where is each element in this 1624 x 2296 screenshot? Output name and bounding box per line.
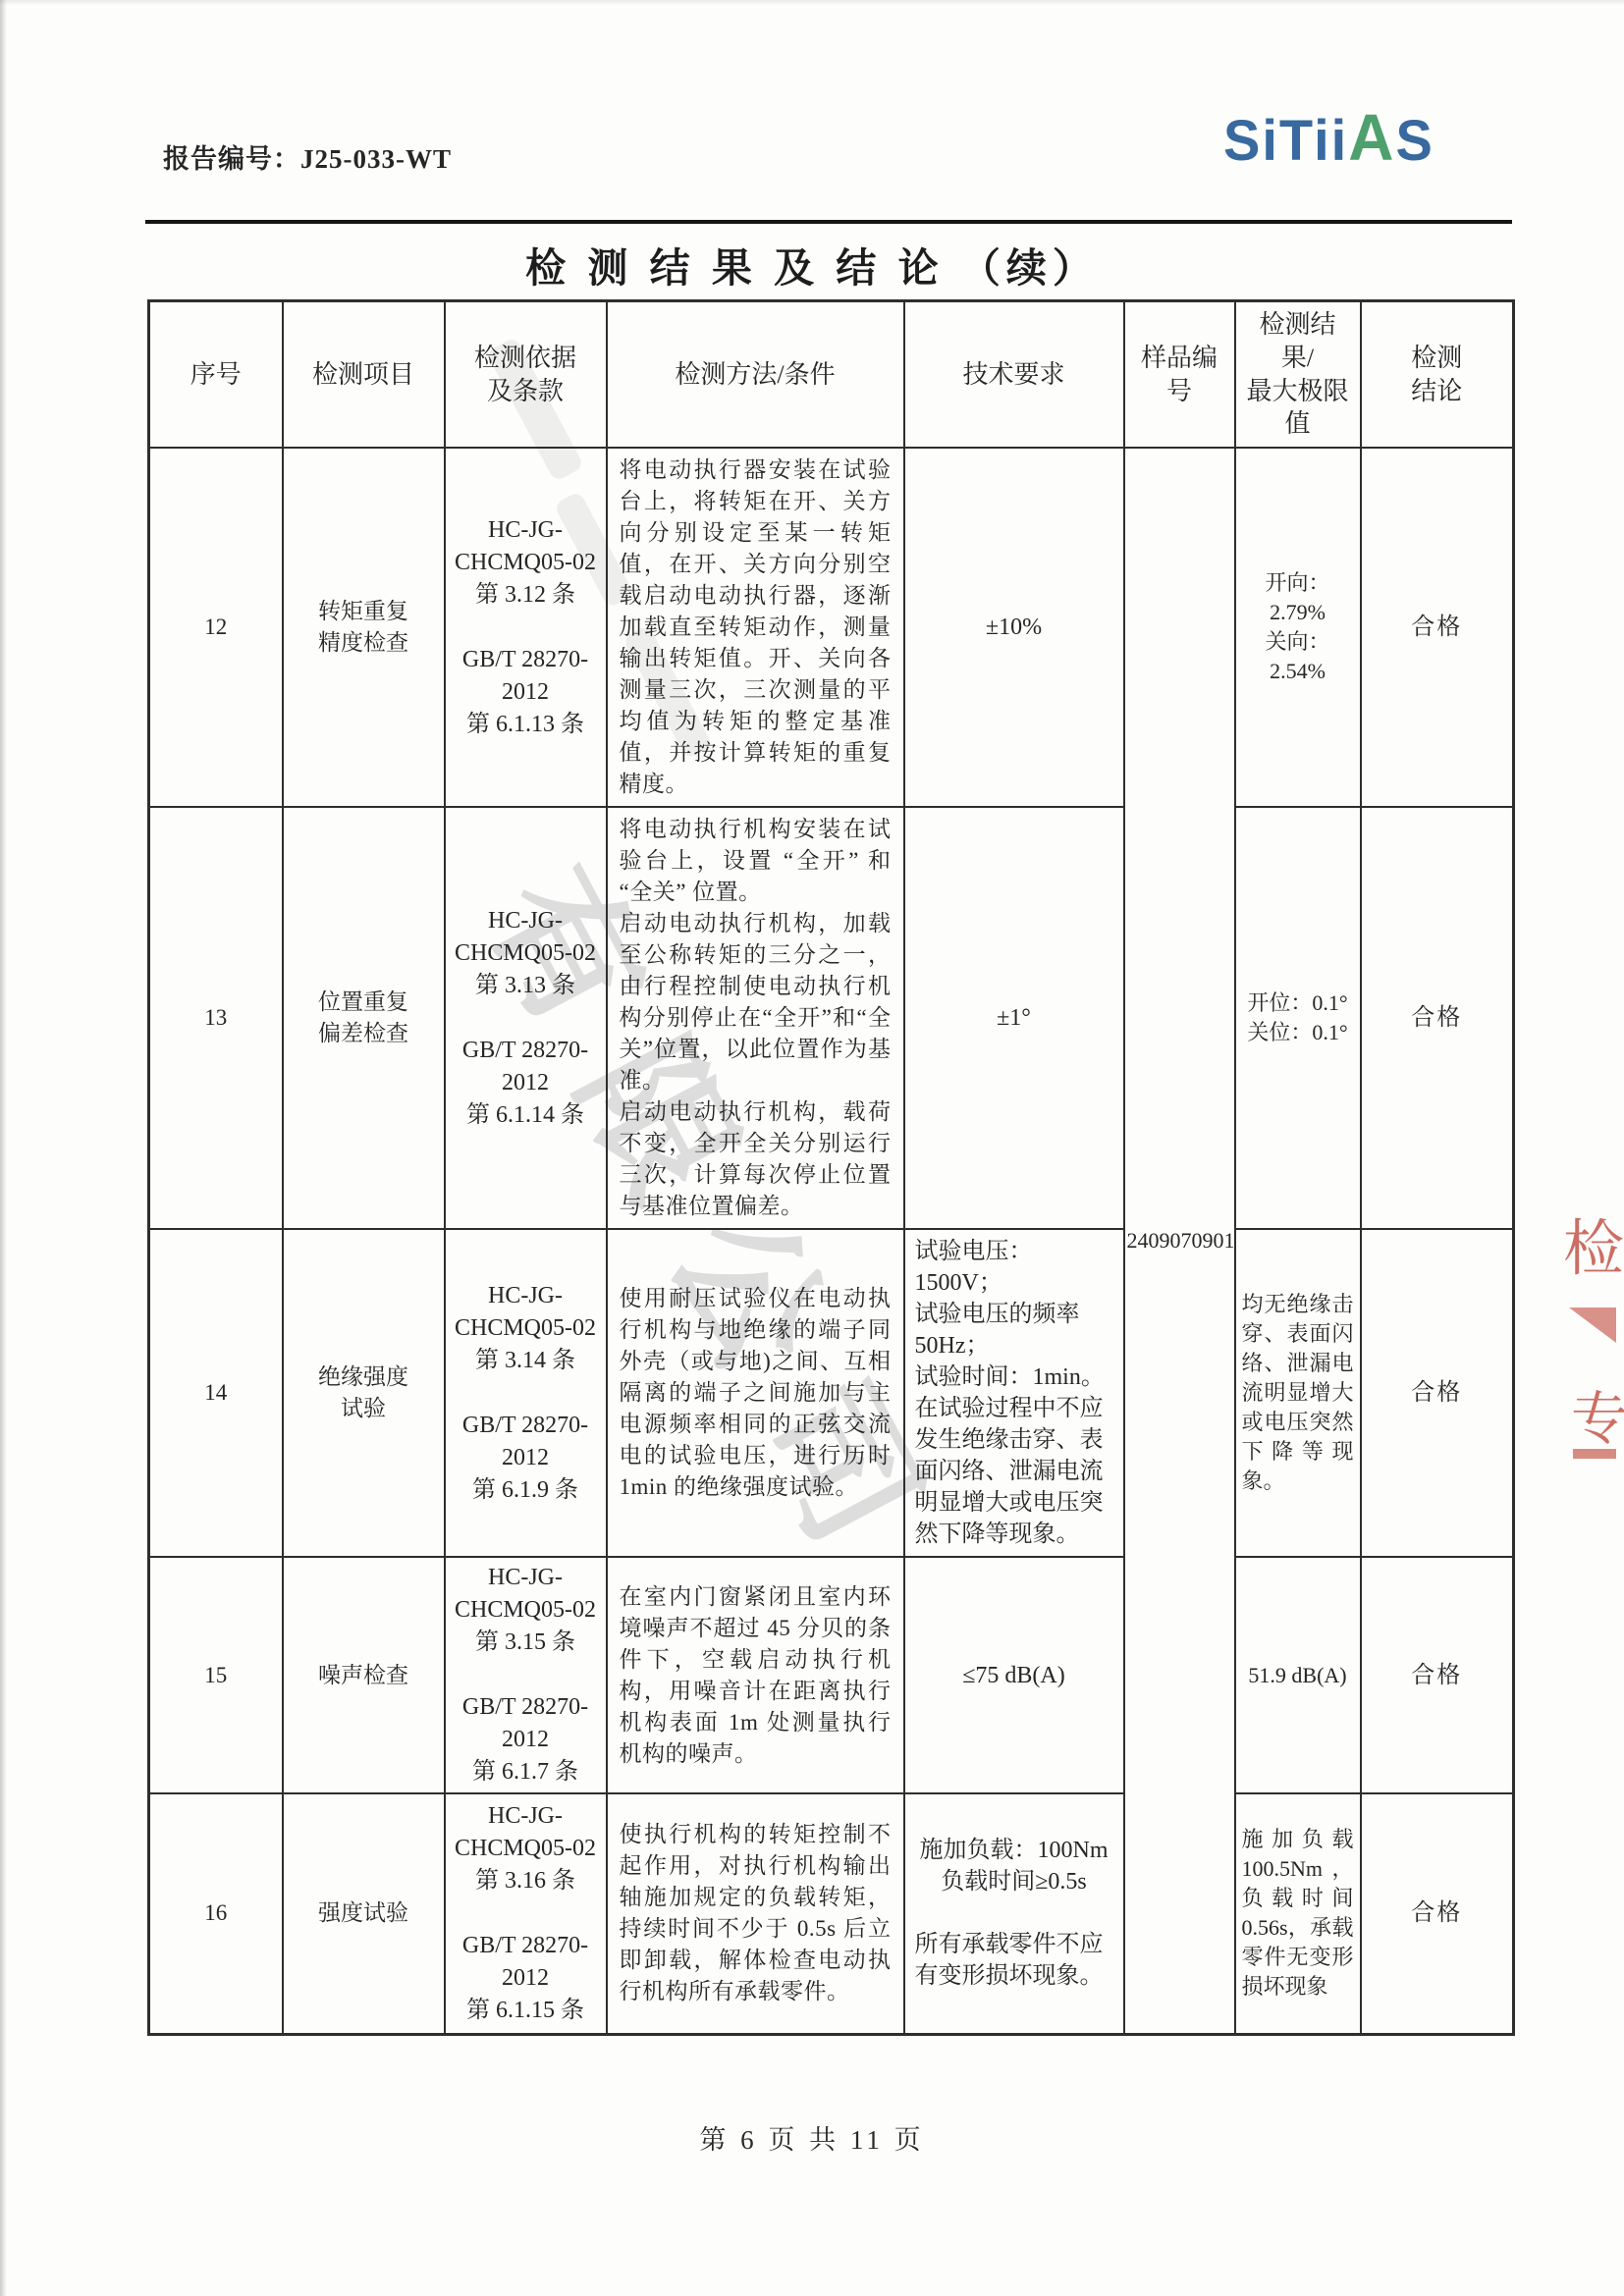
- cell-tech: ±1°: [904, 807, 1124, 1229]
- table-header-row: 序号 检测项目 检测依据 及条款 检测方法/条件 技术要求 样品编号 检测结果/…: [149, 301, 1514, 449]
- cell-method: 在室内门窗紧闭且室内环境噪声不超过 45 分贝的条件下，空载启动执行机构，用噪音…: [607, 1557, 904, 1793]
- report-number: 报告编号：J25-033-WT: [163, 137, 452, 176]
- cell-tech: ±10%: [904, 448, 1124, 807]
- cell-conclusion: 合格: [1361, 1229, 1514, 1557]
- cell-item: 绝缘强度 试验: [283, 1229, 445, 1557]
- cell-conclusion: 合格: [1361, 1793, 1514, 2034]
- cell-tech: ≤75 dB(A): [904, 1557, 1124, 1793]
- header-tech: 技术要求: [904, 301, 1124, 449]
- cell-result: 施加负载 100.5Nm，负载时间 0.56s，承载零件无变形损坏现象: [1235, 1793, 1361, 2034]
- red-stamp-fragment: 专: [1571, 1372, 1624, 1455]
- cell-basis: HC-JG- CHCMQ05-02 第 3.15 条 GB/T 28270- 2…: [445, 1557, 607, 1793]
- logo-text-blue: SiTii: [1223, 108, 1348, 173]
- cell-result: 开向：2.79% 关向：2.54%: [1235, 448, 1361, 807]
- cell-method: 使用耐压试验仪在电动执行机构与地绝缘的端子同外壳（或与地)之间、互相隔离的端子之…: [607, 1229, 904, 1557]
- cell-tech: 试验电压：1500V； 试验电压的频率 50Hz； 试验时间：1min。 在试验…: [904, 1229, 1124, 1557]
- results-table: 序号 检测项目 检测依据 及条款 检测方法/条件 技术要求 样品编号 检测结果/…: [147, 299, 1515, 2036]
- header-item: 检测项目: [283, 301, 445, 449]
- cell-seq: 14: [149, 1229, 283, 1557]
- tech-requirement-values: 施加负载：100Nm 负载时间≥0.5s: [915, 1835, 1113, 1897]
- header-sample: 样品编号: [1124, 301, 1235, 449]
- cell-item: 转矩重复 精度检查: [283, 448, 445, 807]
- cell-seq: 13: [149, 807, 283, 1229]
- table-row: 16 强度试验 HC-JG- CHCMQ05-02 第 3.16 条 GB/T …: [149, 1793, 1514, 2034]
- cell-basis: HC-JG- CHCMQ05-02 第 3.14 条 GB/T 28270- 2…: [445, 1229, 607, 1557]
- scan-edge-artifact: [0, 0, 7, 2296]
- cell-result: 开位：0.1° 关位：0.1°: [1235, 807, 1361, 1229]
- cell-item: 强度试验: [283, 1793, 445, 2034]
- cell-tech: 施加负载：100Nm 负载时间≥0.5s 所有承载零件不应有变形损坏现象。: [904, 1793, 1124, 2034]
- cell-sample-no: 2409070901: [1124, 448, 1235, 2034]
- header-divider: [145, 220, 1512, 224]
- header-result: 检测结果/ 最大极限值: [1235, 301, 1361, 449]
- scan-edge-artifact: [0, 0, 1624, 5]
- red-stamp-fragment: [1569, 1308, 1616, 1343]
- table-row: 15 噪声检查 HC-JG- CHCMQ05-02 第 3.15 条 GB/T …: [149, 1557, 1514, 1793]
- table-row: 12 转矩重复 精度检查 HC-JG- CHCMQ05-02 第 3.12 条 …: [149, 448, 1514, 807]
- page-footer: 第 6 页 共 11 页: [0, 2118, 1624, 2157]
- header-seq: 序号: [149, 301, 283, 449]
- cell-method: 使执行机构的转矩控制不起作用，对执行机构输出轴施加规定的负载转矩，持续时间不少于…: [607, 1793, 904, 2034]
- cell-method: 将电动执行机构安装在试验台上，设置 “全开” 和 “全关” 位置。 启动电动执行…: [607, 807, 904, 1229]
- header-method: 检测方法/条件: [607, 301, 904, 449]
- table-row: 14 绝缘强度 试验 HC-JG- CHCMQ05-02 第 3.14 条 GB…: [149, 1229, 1514, 1557]
- cell-result: 51.9 dB(A): [1235, 1557, 1361, 1793]
- cell-seq: 15: [149, 1557, 283, 1793]
- cell-seq: 16: [149, 1793, 283, 2034]
- logo-text-blue-2: S: [1395, 108, 1434, 173]
- cell-basis: HC-JG- CHCMQ05-02 第 3.16 条 GB/T 28270- 2…: [445, 1793, 607, 2034]
- cell-basis: HC-JG- CHCMQ05-02 第 3.13 条 GB/T 28270- 2…: [445, 807, 607, 1229]
- header-conclusion: 检测 结论: [1361, 301, 1514, 449]
- header-basis: 检测依据 及条款: [445, 301, 607, 449]
- tech-requirement-note: 所有承载零件不应有变形损坏现象。: [915, 1929, 1113, 1992]
- table-row: 13 位置重复 偏差检查 HC-JG- CHCMQ05-02 第 3.13 条 …: [149, 807, 1514, 1229]
- logo-letter-a: A: [1348, 100, 1395, 175]
- report-page: 报告编号：J25-033-WT SiTiiAS 检 测 结 果 及 结 论 （续…: [0, 0, 1624, 2296]
- cell-item: 位置重复 偏差检查: [283, 807, 445, 1229]
- page-title: 检 测 结 果 及 结 论 （续）: [0, 236, 1624, 294]
- cell-item: 噪声检查: [283, 1557, 445, 1793]
- red-stamp-fragment: 检: [1563, 1200, 1624, 1287]
- cell-basis: HC-JG- CHCMQ05-02 第 3.12 条 GB/T 28270- 2…: [445, 448, 607, 807]
- cell-conclusion: 合格: [1361, 1557, 1514, 1793]
- red-stamp-fragment: [1573, 1449, 1616, 1459]
- cell-method: 将电动执行器安装在试验台上，将转矩在开、关方向分别设定至某一转矩值，在开、关方向…: [607, 448, 904, 807]
- results-table-wrapper: 序号 检测项目 检测依据 及条款 检测方法/条件 技术要求 样品编号 检测结果/…: [147, 299, 1515, 2036]
- cell-conclusion: 合格: [1361, 807, 1514, 1229]
- cell-seq: 12: [149, 448, 283, 807]
- cell-conclusion: 合格: [1361, 448, 1514, 807]
- cell-result: 均无绝缘击穿、表面闪络、泄漏电流明显增大或电压突然下降等现象。: [1235, 1229, 1361, 1557]
- sitiias-logo: SiTiiAS: [1223, 104, 1435, 170]
